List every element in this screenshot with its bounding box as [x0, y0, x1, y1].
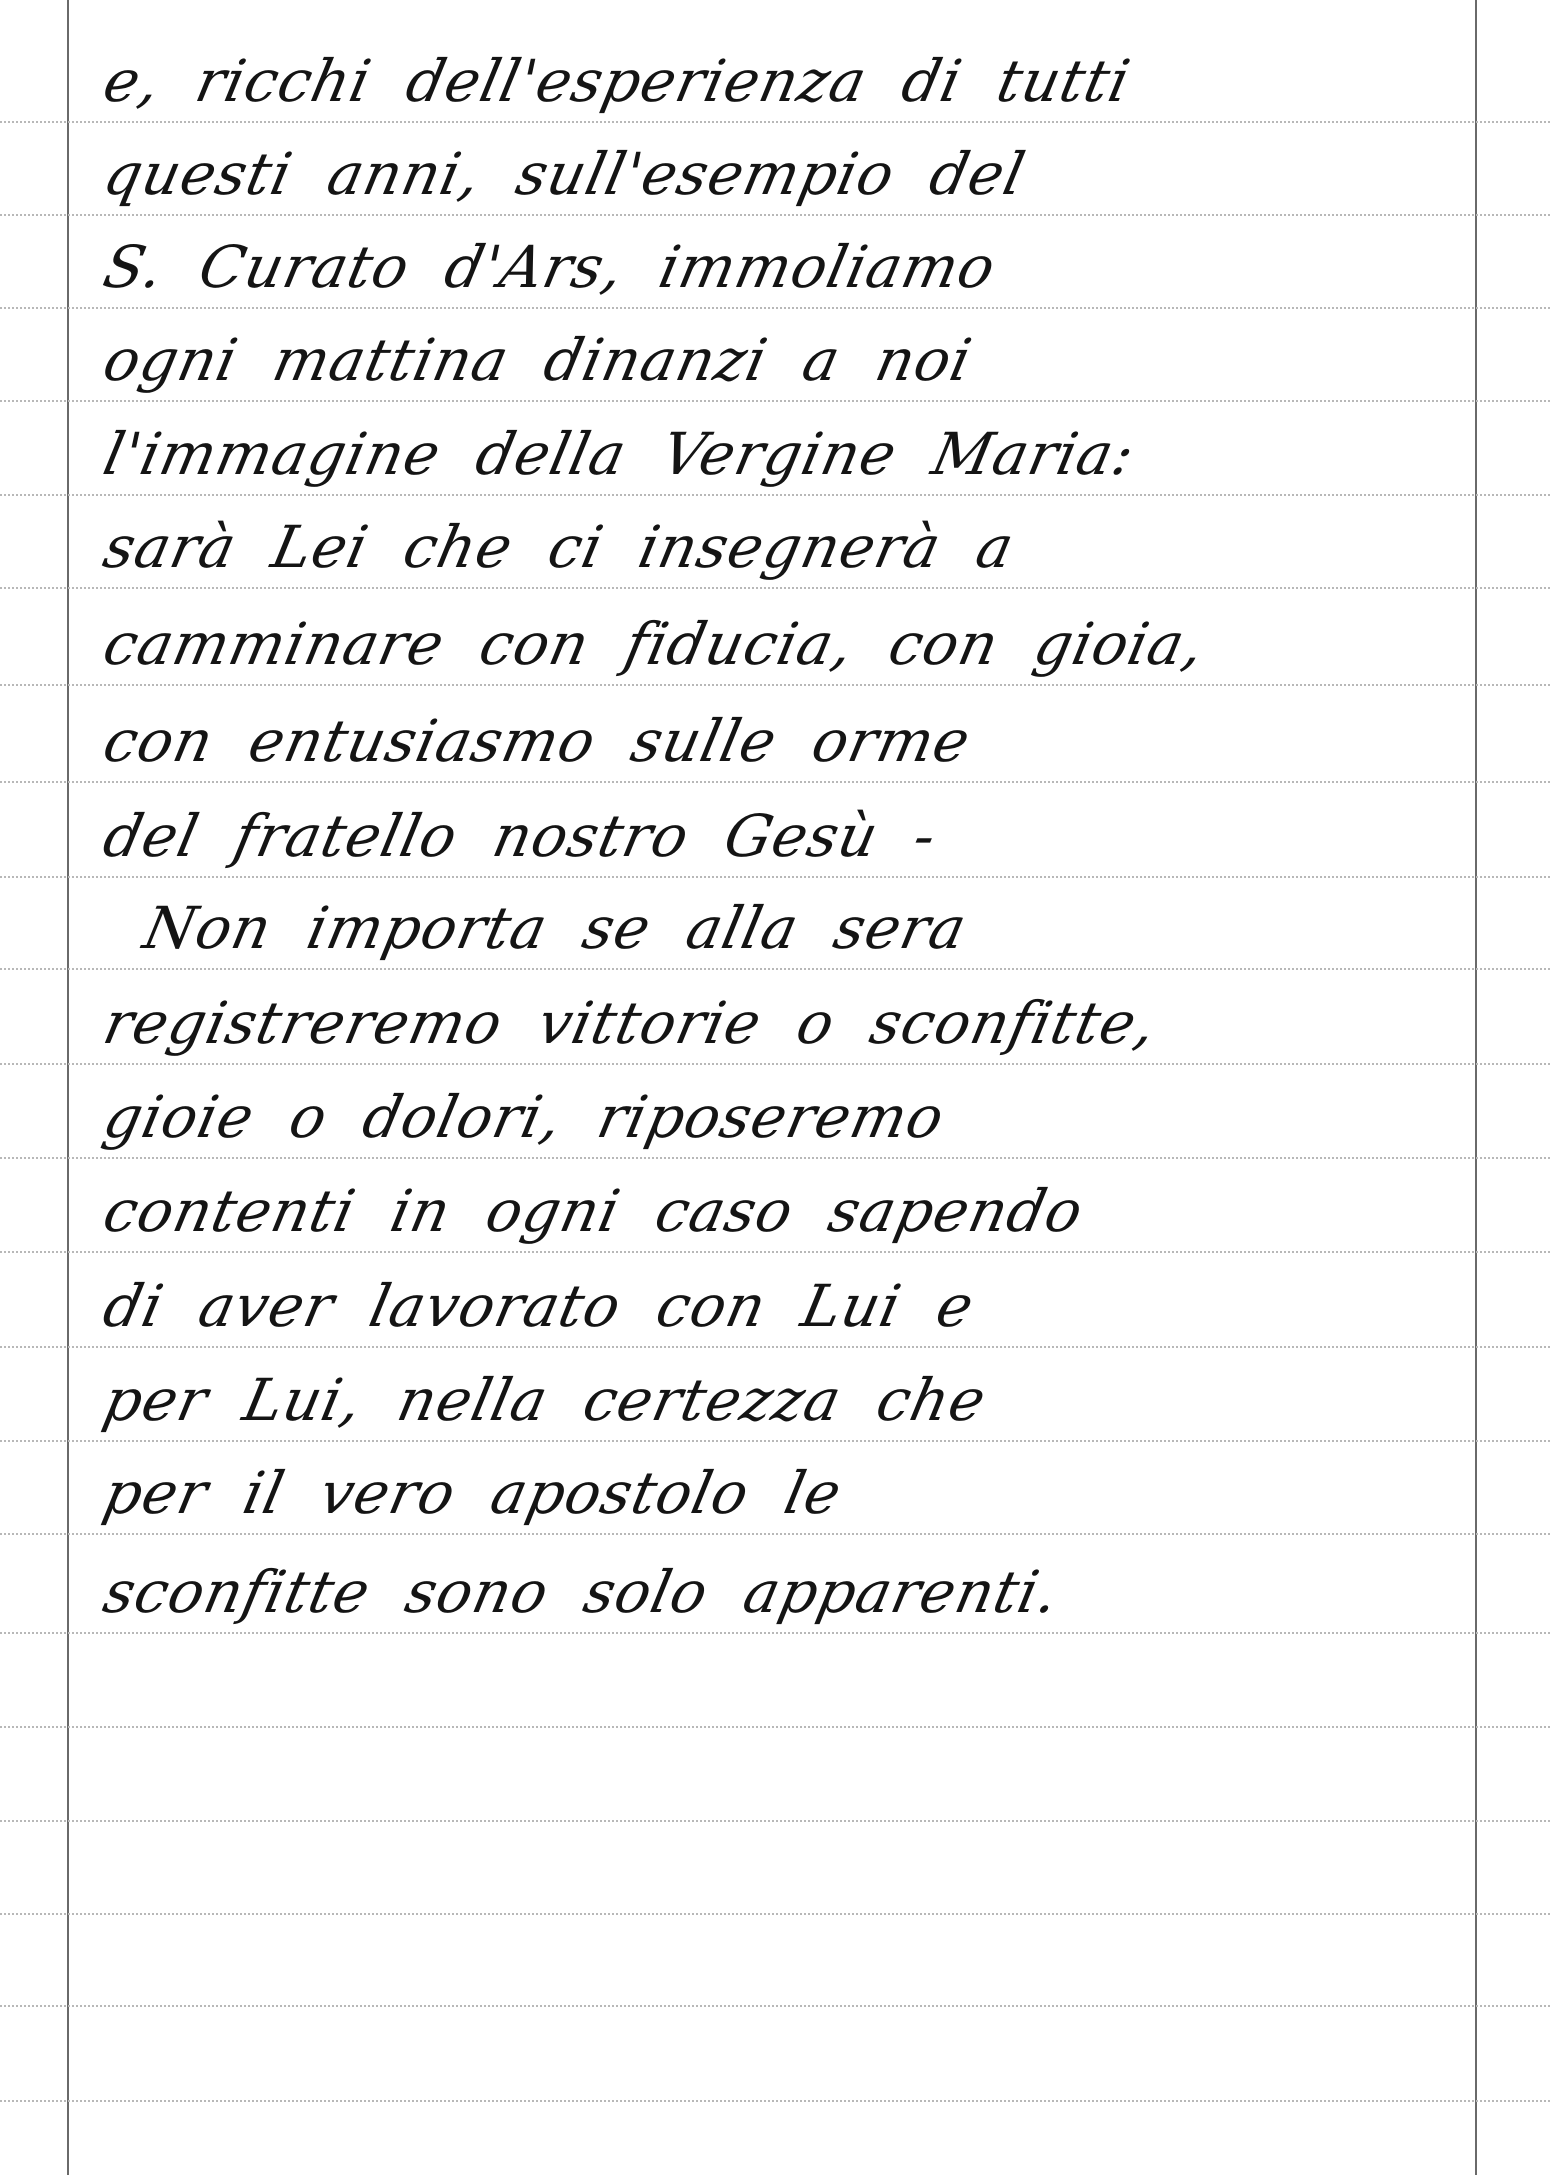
text-line: S. Curato d'Ars, immoliamo	[95, 221, 1515, 314]
text-line: camminare con fiducia, con gioia,	[95, 598, 1515, 691]
text-line: l'immagine della Vergine Maria:	[95, 408, 1515, 501]
ruled-line	[0, 1913, 1550, 1915]
text-line: gioie o dolori, riposeremo	[95, 1071, 1515, 1164]
text-line: questi anni, sull'esempio del	[95, 128, 1515, 221]
text-line: per Lui, nella certezza che	[95, 1354, 1515, 1447]
text-line: e, ricchi dell'esperienza di tutti	[95, 35, 1515, 128]
ruled-line	[0, 2005, 1550, 2007]
text-line: registreremo vittorie o sconfitte,	[95, 977, 1515, 1070]
notebook-page: e, ricchi dell'esperienza di tutti quest…	[0, 0, 1550, 2175]
text-line: contenti in ogni caso sapendo	[95, 1165, 1515, 1258]
text-line: ogni mattina dinanzi a noi	[95, 314, 1515, 407]
text-line: Non importa se alla sera	[135, 882, 1550, 975]
text-line: sarà Lei che ci insegnerà a	[95, 501, 1515, 594]
text-line: per il vero apostolo le	[95, 1447, 1515, 1540]
text-line: di aver lavorato con Lui e	[95, 1260, 1515, 1353]
ruled-line	[0, 1820, 1550, 1822]
ruled-line	[0, 1726, 1550, 1728]
left-margin-line	[67, 0, 69, 2175]
text-line: sconfitte sono solo apparenti.	[95, 1546, 1515, 1639]
ruled-line	[0, 2100, 1550, 2102]
text-line: con entusiasmo sulle orme	[95, 695, 1515, 788]
text-line: del fratello nostro Gesù -	[95, 790, 1515, 883]
